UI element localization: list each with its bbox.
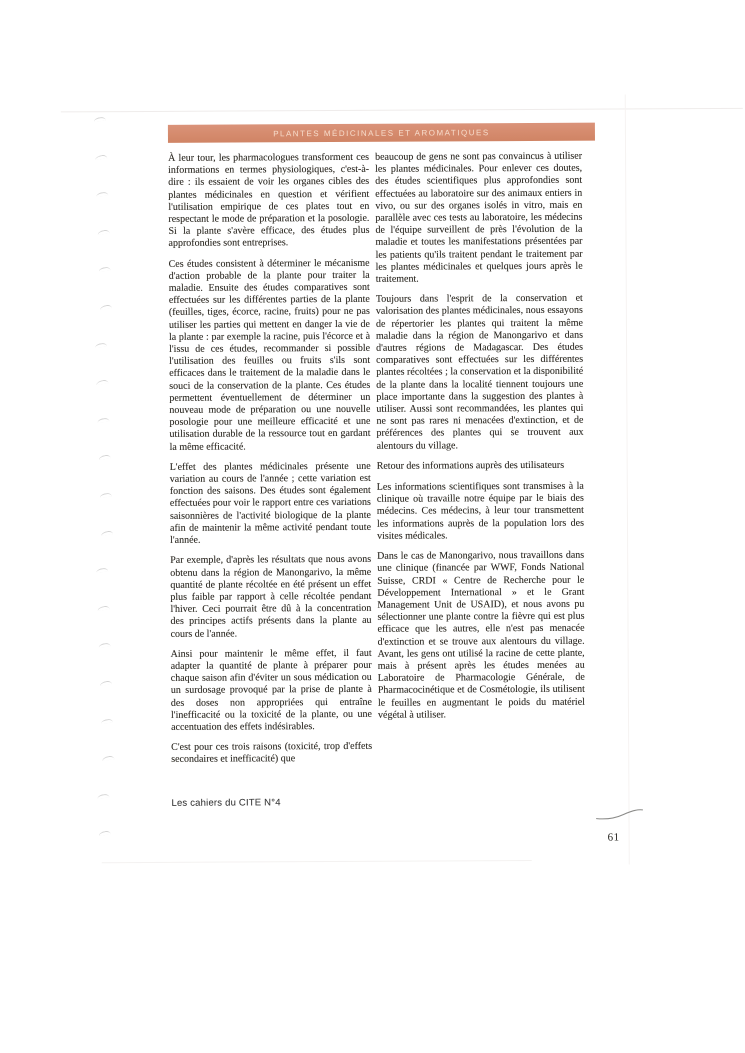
page-number: 61 [608, 832, 620, 844]
binding-mark [102, 756, 114, 762]
paragraph: beaucoup de gens ne sont pas convaincus … [375, 151, 583, 286]
binding-mark [100, 493, 112, 498]
right-text-column: beaucoup de gens ne sont pas convaincus … [375, 151, 585, 730]
scan-artifact-bottom-edge [102, 860, 532, 863]
binding-mark [94, 117, 106, 122]
binding-mark [95, 342, 107, 347]
section-header-title: PLANTES MÉDICINALES ET AROMATIQUES [273, 128, 490, 138]
paragraph: Par exemple, d'après les résultats que n… [170, 554, 371, 640]
binding-mark [96, 380, 108, 386]
scan-artifact-top-line [61, 108, 743, 113]
binding-mark [101, 530, 113, 536]
binding-mark [97, 793, 109, 798]
binding-mark [97, 229, 109, 235]
section-header-banner: PLANTES MÉDICINALES ET AROMATIQUES [168, 123, 595, 143]
paragraph: Ces études consistent à déterminer le mé… [169, 257, 371, 453]
pen-stroke-mark [593, 802, 645, 824]
paragraph: Ainsi pour maintenir le même effet, il f… [171, 648, 372, 734]
paragraph: À leur tour, les pharmacologues transfor… [168, 152, 370, 251]
binding-mark [96, 568, 108, 573]
left-text-column: À leur tour, les pharmacologues transfor… [168, 152, 372, 775]
paragraph: Toujours dans l'esprit de la conservatio… [376, 293, 584, 453]
scan-artifact-page-edge [625, 94, 630, 864]
binding-mark [98, 455, 110, 461]
binding-mark [97, 605, 109, 611]
journal-footer: Les cahiers du CITE N°4 [171, 797, 280, 809]
binding-mark [98, 831, 110, 837]
paragraph: C'est pour ces trois raisons (toxicité, … [171, 741, 372, 766]
scanned-page: PLANTES MÉDICINALES ET AROMATIQUES À leu… [0, 0, 745, 1053]
paragraph: Dans le cas de Manongarivo, nous travail… [377, 550, 585, 722]
binding-mark [101, 718, 113, 723]
paragraph: Les informations scientifiques sont tran… [377, 481, 584, 543]
binding-mark [98, 267, 110, 272]
binding-mark [97, 417, 109, 422]
binding-mark [96, 192, 108, 197]
binding-mark [95, 154, 107, 160]
binding-mark [100, 304, 112, 310]
paragraph: L'effet des plantes médicinales présente… [170, 461, 371, 547]
binding-mark [98, 643, 110, 648]
section-heading: Retour des informations auprès des utili… [377, 460, 584, 473]
binding-mark [100, 680, 112, 686]
